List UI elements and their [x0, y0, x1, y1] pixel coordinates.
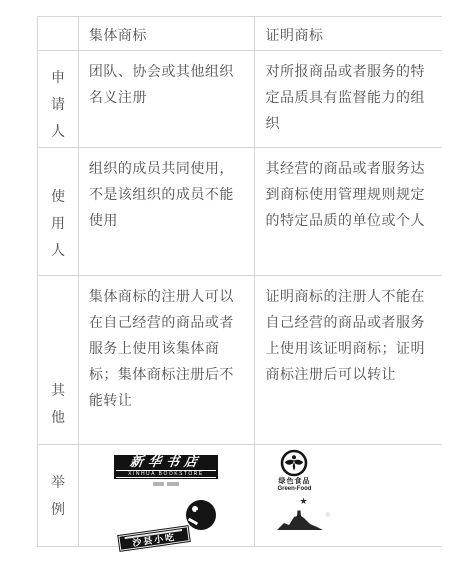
- shaxian-eye-detail: [192, 506, 198, 512]
- row-label-text: 申请人: [50, 64, 65, 145]
- shaxian-snacks-head-icon: [186, 500, 216, 530]
- row-label-applicant: 申请人: [38, 51, 79, 147]
- green-food-cn-label: 绿色食品: [269, 478, 319, 486]
- registered-mark: ®: [325, 513, 329, 519]
- other-certification-cell: 证明商标的注册人不能在自己经营的商品或者服务上使用该证明商标；证明商标注册后可以…: [255, 276, 442, 444]
- examples-certification-cell: 绿色食品 Green-Food ★ ®: [255, 445, 442, 546]
- green-food-ring-icon: [280, 449, 308, 477]
- row-label-user: 使用人: [38, 148, 79, 275]
- row-label-examples: 举例: [38, 445, 79, 546]
- table-row: 使用人 组织的成员共同使用，不是该组织的成员不能使用 其经营的商品或者服务达到商…: [38, 148, 442, 276]
- table-row: 举例 新华书店 XINHUA BOOKSTORE 沙县小吃: [38, 445, 442, 547]
- applicant-certification-cell: 对所报商品或者服务的特定品质具有监督能力的组织: [255, 51, 442, 147]
- user-certification-cell: 其经营的商品或者服务达到商标使用管理规则规定的特定品质的单位或个人: [255, 148, 442, 275]
- applicant-collective-cell: 团队、协会或其他组织名义注册: [79, 51, 256, 147]
- star-icon: ★: [299, 497, 307, 506]
- mountain-silhouette-icon: [277, 508, 323, 531]
- user-collective-cell: 组织的成员共同使用，不是该组织的成员不能使用: [79, 148, 256, 275]
- table-row: 申请人 团队、协会或其他组织名义注册 对所报商品或者服务的特定品质具有监督能力的…: [38, 51, 442, 148]
- green-food-en-label: Green-Food: [269, 486, 319, 493]
- mountain-star-logo: ★ ®: [277, 497, 333, 533]
- row-label-text: 举例: [50, 469, 65, 523]
- header-certification-trademark: 证明商标: [255, 17, 442, 50]
- article-table-image: 集体商标 证明商标 申请人 团队、协会或其他组织名义注册 对所报商品或者服务的特…: [0, 0, 464, 563]
- row-label-other: 其他: [38, 276, 79, 444]
- shaxian-chin-detail: [188, 518, 198, 526]
- row-label-text: 其他: [50, 377, 65, 431]
- xinhua-bookstore-cn-label: 新华书店: [114, 455, 218, 470]
- green-food-logo: 绿色食品 Green-Food: [269, 449, 319, 493]
- table-header-row: 集体商标 证明商标: [38, 17, 442, 51]
- xinhua-bookstore-en-label: XINHUA BOOKSTORE: [116, 470, 216, 478]
- examples-collective-cell: 新华书店 XINHUA BOOKSTORE 沙县小吃: [79, 445, 256, 546]
- trademark-comparison-table: 集体商标 证明商标 申请人 团队、协会或其他组织名义注册 对所报商品或者服务的特…: [37, 16, 442, 547]
- xinhua-bookstore-logo: 新华书店 XINHUA BOOKSTORE: [114, 455, 218, 479]
- xinhua-fine-print: [153, 482, 181, 486]
- other-collective-cell: 集体商标的注册人可以在自己经营的商品或者服务上使用该集体商标；集体商标注册后不能…: [79, 276, 256, 444]
- row-label-text: 使用人: [50, 183, 65, 264]
- header-corner-cell: [38, 17, 79, 50]
- header-collective-trademark: 集体商标: [79, 17, 256, 50]
- table-row: 其他 集体商标的注册人可以在自己经营的商品或者服务上使用该集体商标；集体商标注册…: [38, 276, 442, 445]
- shaxian-snacks-logo: 沙县小吃: [117, 525, 191, 552]
